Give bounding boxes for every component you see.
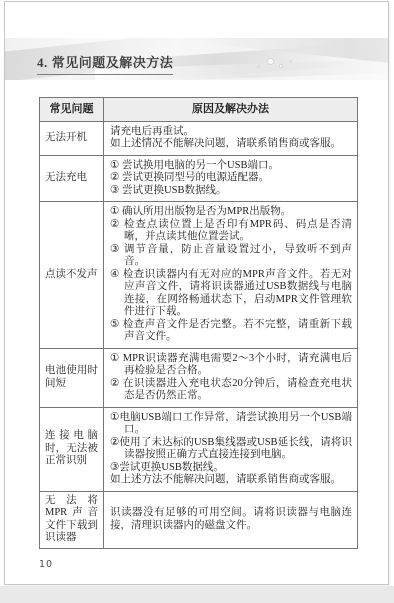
problem-cell: 无法将MPR声音文件下载到识读器 — [40, 491, 104, 548]
table-row: 无法充电① 尝试换用电脑的另一个USB端口。② 尝试更换同型号的电源适配器。③ … — [40, 155, 358, 202]
solution-cell: ① 确认所用出版物是否为MPR出版物。② 检查点读位置上是否印有MPR码、码点是… — [104, 202, 358, 349]
table-header-row: 常见问题 原因及解决办法 — [40, 98, 358, 122]
solution-line: ③ 调节音量，防止音量设置过小，导致听不到声音。 — [110, 244, 352, 269]
solution-line: ② 尝试更换同型号的电源适配器。 — [110, 172, 352, 185]
solution-line: 如上述方法不能解决问题，请联系销售商或客服。 — [110, 474, 352, 487]
problem-label: 无法将MPR声音文件下载到识读器 — [45, 495, 98, 545]
table-header-solution: 原因及解决办法 — [104, 98, 358, 122]
table-row: 连接电脑时，无法被正常识别①电脑USB端口工作异常，请尝试换用另一个USB端口。… — [40, 407, 358, 491]
problem-label: 连接电脑时，无法被正常识别 — [45, 430, 98, 468]
problem-label: 无法开机 — [45, 132, 98, 145]
solution-line: ②使用了未达标的USB集线器或USB延长线，请将识读器按照正确方式直接连接到电脑… — [110, 437, 352, 462]
solution-cell: ① MPR识读器充满电需要2～3个小时，请充满电后再检验是否合格。② 在识读器进… — [104, 348, 358, 407]
wave-decoration — [204, 38, 388, 68]
solution-line: ①电脑USB端口工作异常，请尝试换用另一个USB端口。 — [110, 412, 352, 437]
problem-cell: 无法开机 — [40, 121, 104, 155]
solution-line: ③ 尝试更换USB数据线。 — [110, 185, 352, 198]
section-number: 4. — [37, 55, 48, 70]
problem-label: 电池使用时间短 — [45, 365, 98, 390]
section-title-text: 常见问题及解决方法 — [52, 55, 174, 70]
document-page: 4.常见问题及解决方法 常见问题 原因及解决办法 无法开机请充电后再重试。如上述… — [4, 1, 389, 585]
section-header-band: 4.常见问题及解决方法 — [5, 38, 388, 80]
solution-cell: 识读器没有足够的可用空间。请将识读器与电脑连接，清理识读器内的磁盘文件。 — [104, 491, 358, 548]
faq-table: 常见问题 原因及解决办法 无法开机请充电后再重试。如上述情况不能解决问题，请联系… — [39, 97, 358, 549]
problem-cell: 点读不发声 — [40, 202, 104, 349]
solution-line: ② 检查点读位置上是否印有MPR码、码点是否清晰，并点读其他位置尝试。 — [110, 219, 352, 244]
page-number: 10 — [39, 559, 53, 570]
solution-line: ① 确认所用出版物是否为MPR出版物。 — [110, 206, 352, 219]
problem-cell: 电池使用时间短 — [40, 348, 104, 407]
problem-cell: 无法充电 — [40, 155, 104, 202]
table-row: 点读不发声① 确认所用出版物是否为MPR出版物。② 检查点读位置上是否印有MPR… — [40, 202, 358, 349]
solution-line: ③尝试更换USB数据线。 — [110, 462, 352, 475]
table-row: 无法开机请充电后再重试。如上述情况不能解决问题，请联系销售商或客服。 — [40, 121, 358, 155]
solution-line: ② 在识读器进入充电状态20分钟后，请检查充电状态是否仍然正常。 — [110, 378, 352, 403]
bubble-decoration — [289, 60, 292, 63]
solution-line: 识读器没有足够的可用空间。请将识读器与电脑连接，清理识读器内的磁盘文件。 — [110, 507, 352, 532]
solution-cell: ①电脑USB端口工作异常，请尝试换用另一个USB端口。②使用了未达标的USB集线… — [104, 407, 358, 491]
solution-line: ④ 检查识读器内有无对应的MPR声音文件。若无对应声音文件，请将识读器通过USB… — [110, 269, 352, 319]
bubble-decoration — [279, 64, 283, 68]
solution-line: ① 尝试换用电脑的另一个USB端口。 — [110, 160, 352, 173]
solution-line: 如上述情况不能解决问题，请联系销售商或客服。 — [110, 138, 352, 151]
bubble-decoration — [267, 58, 274, 65]
table-header-problem: 常见问题 — [40, 98, 104, 122]
bubble-decoration — [257, 65, 260, 68]
solution-line: 请充电后再重试。 — [110, 126, 352, 139]
faq-table-body: 无法开机请充电后再重试。如上述情况不能解决问题，请联系销售商或客服。无法充电① … — [40, 121, 358, 548]
problem-label: 点读不发声 — [45, 269, 98, 282]
solution-cell: ① 尝试换用电脑的另一个USB端口。② 尝试更换同型号的电源适配器。③ 尝试更换… — [104, 155, 358, 202]
solution-cell: 请充电后再重试。如上述情况不能解决问题，请联系销售商或客服。 — [104, 121, 358, 155]
table-row: 电池使用时间短① MPR识读器充满电需要2～3个小时，请充满电后再检验是否合格。… — [40, 348, 358, 407]
section-title: 4.常见问题及解决方法 — [37, 52, 173, 75]
desk-background — [0, 586, 394, 603]
table-row: 无法将MPR声音文件下载到识读器识读器没有足够的可用空间。请将识读器与电脑连接，… — [40, 491, 358, 548]
faq-table-head: 常见问题 原因及解决办法 — [40, 98, 358, 122]
solution-line: ① MPR识读器充满电需要2～3个小时，请充满电后再检验是否合格。 — [110, 353, 352, 378]
problem-label: 无法充电 — [45, 172, 98, 185]
problem-cell: 连接电脑时，无法被正常识别 — [40, 407, 104, 491]
solution-line: ⑤ 检查声音文件是否完整。若不完整，请重新下载声音文件。 — [110, 319, 352, 344]
